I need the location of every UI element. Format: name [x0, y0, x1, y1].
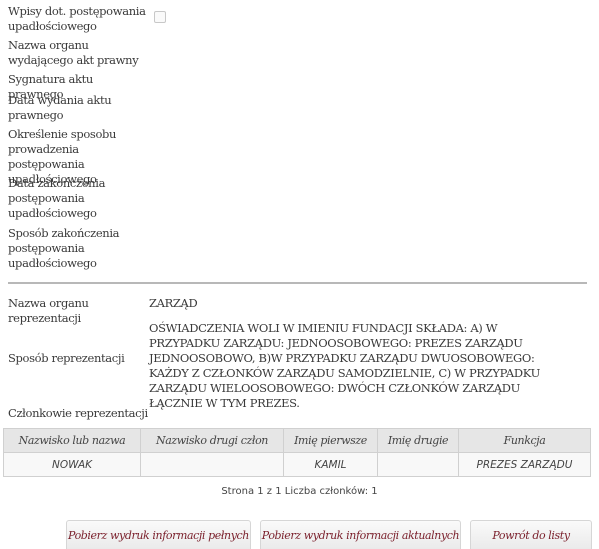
members-table-header: Nazwisko lub nazwa Nazwisko drugi człon …	[4, 429, 591, 453]
issuing-authority-label: Nazwa organu wydającego akt prawny	[8, 38, 148, 68]
members-table: Nazwisko lub nazwa Nazwisko drugi człon …	[3, 428, 591, 477]
bankruptcy-end-method-label: Sposób zakończenia postępowania upadłośc…	[8, 226, 148, 271]
bankruptcy-end-date-label: Data zakończenia postępowania upadłościo…	[8, 176, 148, 221]
members-label: Członkowie reprezentacji	[8, 406, 208, 421]
act-issue-date-label: Data wydania aktu prawnego	[8, 93, 148, 123]
print-current-button[interactable]: Pobierz wydruk informacji aktualnych	[260, 520, 461, 549]
col-header-first-name: Imię pierwsze	[284, 429, 378, 453]
representation-method-value: OŚWIADCZENIA WOLI W IMIENIU FUNDACJI SKŁ…	[149, 321, 569, 411]
print-full-button[interactable]: Pobierz wydruk informacji pełnych	[66, 520, 251, 549]
bankruptcy-entries-label: Wpisy dot. postępowania upadłościowego	[8, 4, 148, 34]
bankruptcy-entries-checkbox[interactable]	[154, 11, 166, 23]
representation-organ-label: Nazwa organu reprezentacji	[8, 296, 148, 326]
pager-info: Strona 1 z 1 Liczba członków: 1	[0, 486, 599, 497]
cell-surname: NOWAK	[4, 453, 141, 477]
representation-organ-value: ZARZĄD	[149, 296, 197, 311]
col-header-surname-second: Nazwisko drugi człon	[141, 429, 284, 453]
table-row: NOWAK KAMIL PREZES ZARZĄDU	[4, 453, 591, 477]
col-header-surname: Nazwisko lub nazwa	[4, 429, 141, 453]
col-header-second-name: Imię drugie	[378, 429, 459, 453]
representation-method-label: Sposób reprezentacji	[8, 351, 148, 366]
cell-function: PREZES ZARZĄDU	[459, 453, 591, 477]
cell-surname-second	[141, 453, 284, 477]
cell-first-name: KAMIL	[284, 453, 378, 477]
cell-second-name	[378, 453, 459, 477]
back-to-list-button[interactable]: Powrót do listy	[470, 520, 592, 549]
col-header-function: Funkcja	[459, 429, 591, 453]
section-divider	[8, 282, 587, 284]
